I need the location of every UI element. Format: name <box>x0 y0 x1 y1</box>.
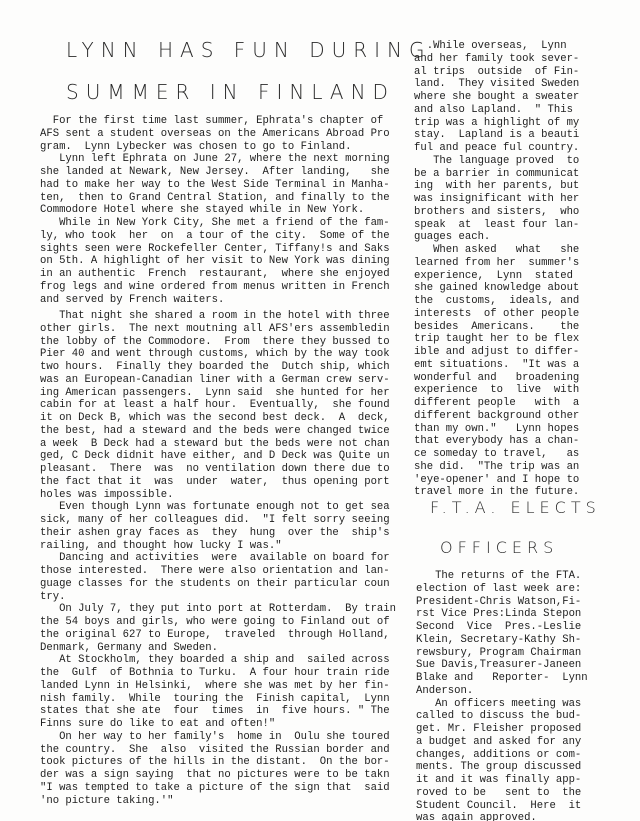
text-line: On July 7, they put into port at Rotterd… <box>40 603 396 616</box>
text-line: be a barrier in communicat <box>414 168 579 181</box>
text-line: Second Vice Pres.-Leslie <box>416 621 588 634</box>
text-line: and also Lapland. " This <box>414 104 579 117</box>
text-line: ce someday to travel, as <box>414 448 579 461</box>
text-line: get. Mr. Fleisher proposed <box>416 723 588 736</box>
text-line: election of last week are: <box>416 583 588 596</box>
text-line: Student Council. Here it <box>416 800 588 813</box>
text-line: where she bought a sweater <box>414 91 579 104</box>
text-line: the best, had a steward and the beds wer… <box>40 425 396 438</box>
text-line: besides Americans. the <box>414 321 579 334</box>
text-line: the Gulf of Bothnia to Turku. A four hou… <box>40 667 396 680</box>
text-line: other girls. The next moutning all AFS'e… <box>40 323 396 336</box>
text-line: Even though Lynn was fortunate enough no… <box>40 501 396 514</box>
text-line: was insignificant with her <box>414 193 579 206</box>
text-line: While in New York City, She met a friend… <box>40 217 390 230</box>
text-line: ing American passengers. Lynn said she h… <box>40 387 396 400</box>
text-line: a budget and asked for any <box>416 736 588 749</box>
fta-headline-line-1: F.T.A. ELECTS <box>430 498 601 517</box>
text-line: emt situations. "It was a <box>414 359 579 372</box>
text-line: that everybody has a chan- <box>414 435 579 448</box>
text-line: gram. Lynn Lybecker was chosen to go to … <box>40 141 390 154</box>
article-voyage: That night she shared a room in the hote… <box>40 310 396 807</box>
text-line: President-Chris Watson,Fi- <box>416 596 588 609</box>
article-continuation: .While overseas, Lynnand her family took… <box>414 40 579 499</box>
text-line: changes, additions or com- <box>416 749 588 762</box>
text-line: brothers and sisters, who <box>414 206 579 219</box>
text-line: it and it was finally app- <box>416 774 588 787</box>
text-line: The returns of the FTA. <box>416 570 588 583</box>
text-line: Commodore Hotel where she stayed while i… <box>40 204 390 217</box>
text-line: 'eye-opener' and I hope to <box>414 474 579 487</box>
text-line: Blake and Reporter- Lynn <box>416 672 588 685</box>
text-line: different people with a <box>414 397 579 410</box>
text-line: railing, and thought how lucky I was." <box>40 540 396 553</box>
text-line: trip taught her to be flex <box>414 333 579 346</box>
text-line: ible and adjust to differ- <box>414 346 579 359</box>
text-line: For the first time last summer, Ephrata'… <box>40 115 390 128</box>
text-line: those interested. There were also orient… <box>40 565 396 578</box>
text-line: Sue Davis,Treasurer-Janeen <box>416 659 588 672</box>
text-line: and served by French waiters. <box>40 294 390 307</box>
text-line: ful and peace ful country. <box>414 142 579 155</box>
text-line: rewsbury, Program Chairman <box>416 647 588 660</box>
text-line: learned from her summer's <box>414 257 579 270</box>
text-line: two hours. Finally they boarded the Dutc… <box>40 361 396 374</box>
text-line: ged, C Deck didnit have either, and D De… <box>40 450 396 463</box>
text-line: On her way to her family's home in Oulu … <box>40 731 396 744</box>
text-line: That night she shared a room in the hote… <box>40 310 396 323</box>
text-line: had to make her way to the West Side Ter… <box>40 179 390 192</box>
text-line: the fact that it was under water, thus o… <box>40 476 396 489</box>
text-line: trip was a highlight of my <box>414 117 579 130</box>
text-line: landed Lynn in Helsinki, where she was m… <box>40 680 396 693</box>
text-line: experience, Lynn stated <box>414 270 579 283</box>
text-line: al trips outside of Fin- <box>414 66 579 79</box>
text-line: she did. "The trip was an <box>414 461 579 474</box>
text-line: An officers meeting was <box>416 698 588 711</box>
text-line: roved to be sent to the <box>416 787 588 800</box>
article-headline-line-1: LYNN HAS FUN DURING <box>66 38 432 62</box>
text-line: took pictures of the hills in the distan… <box>40 756 396 769</box>
text-line: their ashen gray faces as they hung over… <box>40 527 396 540</box>
text-line: ten, then to Grand Central Station, and … <box>40 192 390 205</box>
text-line: The language proved to <box>414 155 579 168</box>
text-line: she gained knowledge about <box>414 282 579 295</box>
text-line: speak at least four lan- <box>414 219 579 232</box>
text-line: Denmark, Germany and Sweden. <box>40 642 396 655</box>
text-line: .While overseas, Lynn <box>414 40 579 53</box>
text-line: holes was impossible. <box>40 489 396 502</box>
text-line: Anderson. <box>416 685 588 698</box>
fta-article: The returns of the FTA.election of last … <box>416 570 588 821</box>
text-line: Finns sure do like to eat and often!" <box>40 718 396 731</box>
text-line: and her family took sever- <box>414 53 579 66</box>
text-line: guages each. <box>414 231 579 244</box>
text-line: she landed at Newark, New Jersey. After … <box>40 166 390 179</box>
text-line: pleasant. There was no ventilation down … <box>40 463 396 476</box>
fta-headline-line-2: OFFICERS <box>440 538 558 557</box>
text-line: than my own." Lynn hopes <box>414 423 579 436</box>
text-line: it on Deck B, which was the second best … <box>40 412 396 425</box>
text-line: ments. The group discussed <box>416 761 588 774</box>
text-line: Klein, Secretary-Kathy Sh- <box>416 634 588 647</box>
text-line: guage classes for the students on their … <box>40 578 396 591</box>
text-line: frog legs and wine ordered from menus wr… <box>40 281 390 294</box>
text-line: When asked what she <box>414 244 579 257</box>
text-line: the customs, ideals, and <box>414 295 579 308</box>
text-line: states that she ate four times in five h… <box>40 705 396 718</box>
text-line: the country. She also visited the Russia… <box>40 744 396 757</box>
text-line: Lynn left Ephrata on June 27, where the … <box>40 153 390 166</box>
text-line: was again approved. <box>416 812 588 821</box>
text-line: sick, many of her colleagues did. "I fel… <box>40 514 396 527</box>
text-line: 'no picture taking.'" <box>40 795 396 808</box>
text-line: AFS sent a student overseas on the Ameri… <box>40 128 390 141</box>
text-line: experience to live with <box>414 384 579 397</box>
text-line: nish family. While touring the Finish ca… <box>40 693 396 706</box>
text-line: At Stockholm, they boarded a ship and sa… <box>40 654 396 667</box>
text-line: ing with her parents, but <box>414 180 579 193</box>
text-line: interests of other people <box>414 308 579 321</box>
text-line: wonderful and broadening <box>414 372 579 385</box>
text-line: a week B Deck had a steward but the beds… <box>40 438 396 451</box>
text-line: called to discuss the bud- <box>416 710 588 723</box>
text-line: ly, who took her on a tour of the city. … <box>40 230 390 243</box>
text-line: stay. Lapland is a beauti <box>414 129 579 142</box>
text-line: cabin for at least a half hour. Eventual… <box>40 399 396 412</box>
text-line: land. They visited Sweden <box>414 78 579 91</box>
text-line: der was a sign saying that no pictures w… <box>40 769 396 782</box>
text-line: rst Vice Pres:Linda Stepon <box>416 608 588 621</box>
text-line: Dancing and activities were available on… <box>40 552 396 565</box>
text-line: the lobby of the Commodore. From there t… <box>40 336 396 349</box>
text-line: try. <box>40 591 396 604</box>
article-headline-line-2: SUMMER IN FINLAND <box>66 80 395 104</box>
text-line: different background other <box>414 410 579 423</box>
text-line: the 54 boys and girls, who were going to… <box>40 616 396 629</box>
newspaper-page: LYNN HAS FUN DURING SUMMER IN FINLAND Fo… <box>0 0 640 821</box>
text-line: the original 627 to Europe, traveled thr… <box>40 629 396 642</box>
text-line: on 5th. A highlight of her visit to New … <box>40 255 390 268</box>
text-line: in an authentic French restaurant, where… <box>40 268 390 281</box>
text-line: was an European-Canadian liner with a Ge… <box>40 374 396 387</box>
text-line: Pier 40 and went through customs, which … <box>40 348 396 361</box>
article-intro: For the first time last summer, Ephrata'… <box>40 115 390 306</box>
text-line: sights seen were Rockefeller Center, Tif… <box>40 243 390 256</box>
text-line: "I was tempted to take a picture of the … <box>40 782 396 795</box>
